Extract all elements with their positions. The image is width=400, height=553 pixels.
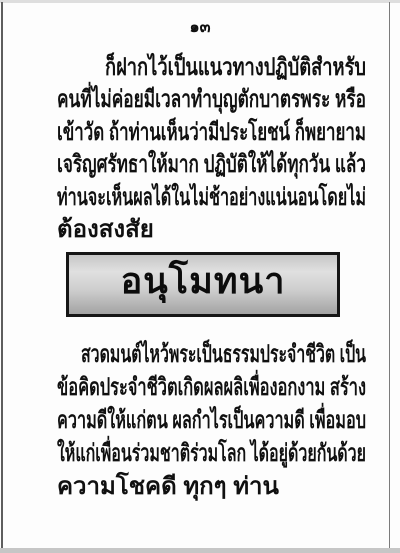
scan-edge-bottom <box>0 548 400 553</box>
scan-edge-top <box>0 0 400 3</box>
intro-paragraph: ก็ฝากไว้เป็นแนวทางปฏิบัติสำหรับ คนที่ไม่… <box>57 52 366 246</box>
text-line: เจริญศรัทธาให้มาก ปฏิบัติให้ได้ทุกวัน แล… <box>57 149 366 181</box>
text-line: คนที่ไม่ค่อยมีเวลาทำบุญตักบาตรพระ หรือ <box>57 84 366 116</box>
text-line: ข้อคิดประจำชีวิตเกิดผลผลิเพื่องอกงาม สร้… <box>57 371 366 404</box>
anumodana-heading-box: อนุโมทนา <box>66 252 340 317</box>
scan-edge-left <box>1 2 3 553</box>
scanned-book-page: ๑๓ ก็ฝากไว้เป็นแนวทางปฏิบัติสำหรับ คนที่… <box>0 0 400 553</box>
text-line: เข้าวัด ถ้าท่านเห็นว่ามีประโยชน์ ก็พยายา… <box>57 117 366 149</box>
text-line: ให้แก่เพื่อนร่วมชาติร่วมโลก ได้อยู่ด้วยก… <box>57 437 366 470</box>
anumodana-heading-label: อนุโมทนา <box>121 252 286 317</box>
text-line: ความโชคดี ทุกๆ ท่าน <box>57 470 366 503</box>
text-line: สวดมนต์ไหว้พระเป็นธรรมประจำชีวิต เป็น <box>57 338 366 371</box>
closing-paragraph: สวดมนต์ไหว้พระเป็นธรรมประจำชีวิต เป็น ข้… <box>57 338 366 503</box>
text-line: ต้องสงสัย <box>57 214 366 246</box>
text-line: ความดีให้แก่ตน ผลกำไรเป็นความดี เพื่อมอบ <box>57 404 366 437</box>
text-line: ก็ฝากไว้เป็นแนวทางปฏิบัติสำหรับ <box>57 52 366 84</box>
page-number-text: ๑๓ <box>189 19 210 36</box>
page-number: ๑๓ <box>0 15 400 40</box>
text-line: ท่านจะเห็นผลได้ในไม่ช้าอย่างแน่นอนโดยไม่ <box>57 182 366 214</box>
